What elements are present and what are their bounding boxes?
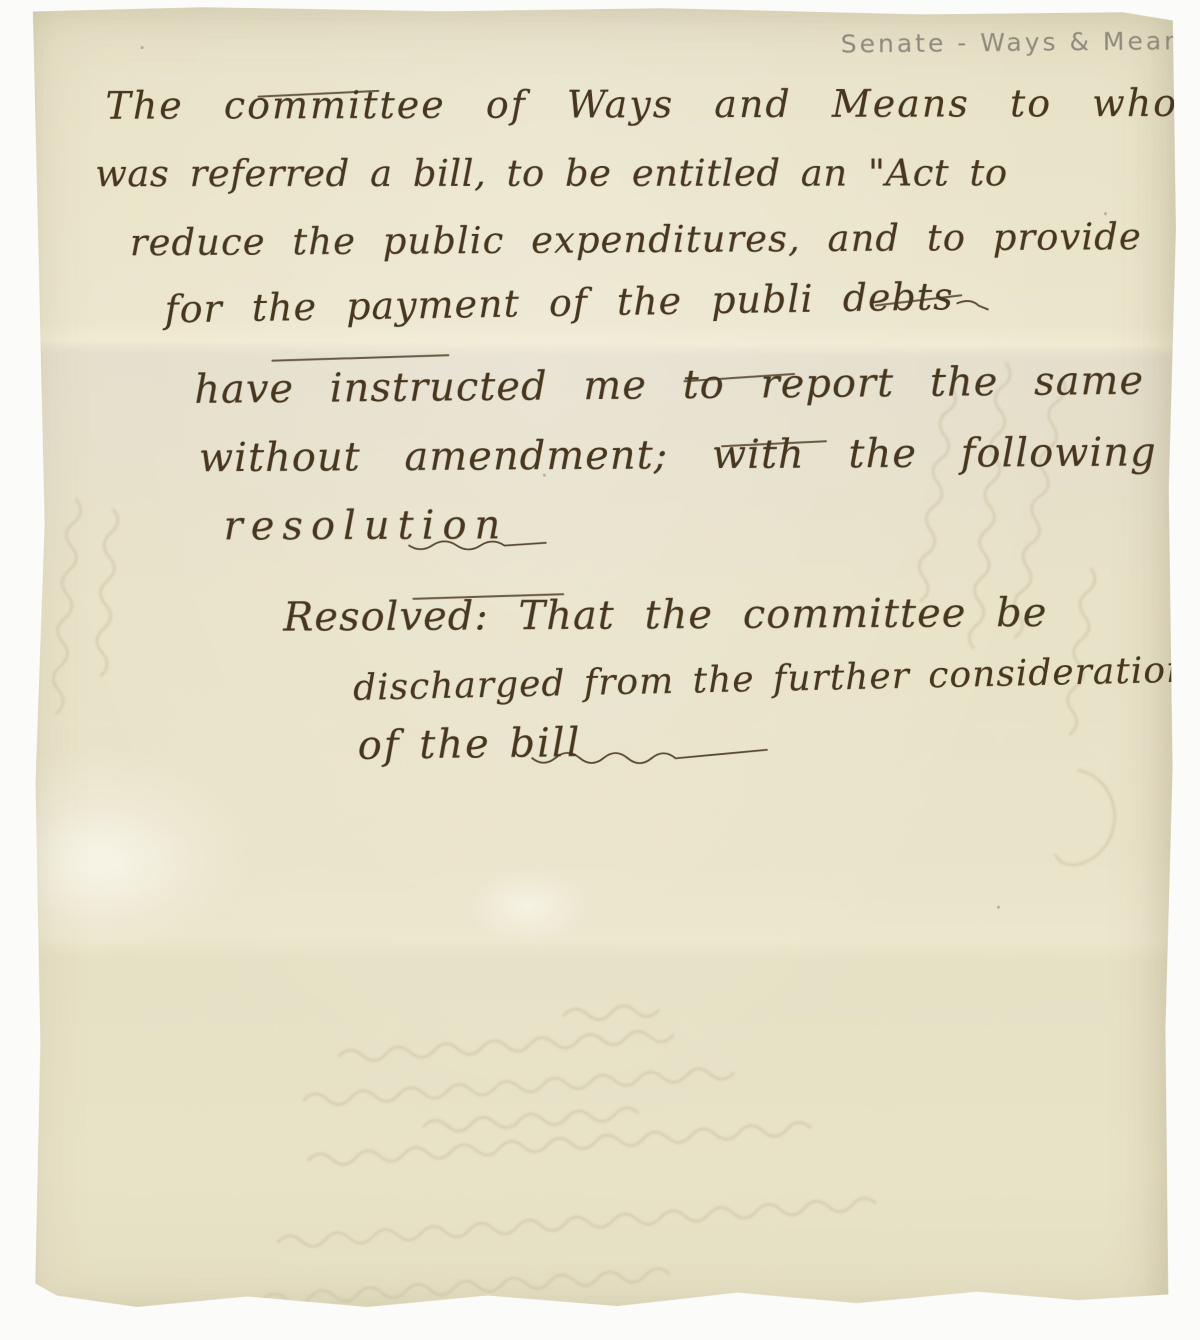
- paper-speck: [141, 46, 144, 49]
- manuscript-line: Resolved: That the committee be: [283, 590, 1047, 641]
- manuscript-line: of the bill: [357, 720, 581, 769]
- manuscript-line: have instructed me to report the same: [194, 358, 1144, 413]
- scanned-document: Senate - Ways & Means The committee of W…: [0, 0, 1200, 1340]
- document-page: Senate - Ways & Means The committee of W…: [17, 3, 1181, 1332]
- manuscript-line: The committee of Ways and Means to whom: [105, 81, 1200, 128]
- paper-speck: [543, 474, 546, 477]
- manuscript-line: for the payment of the publi debts: [164, 274, 954, 331]
- paper-speck: [1104, 212, 1107, 215]
- archival-note: Senate - Ways & Means: [841, 26, 1200, 58]
- pen-stroke: [271, 354, 449, 361]
- manuscript-line: resolution: [224, 502, 509, 549]
- paper-speck: [997, 906, 1000, 909]
- manuscript-line: was referred a bill, to be entitled an "…: [95, 151, 1008, 195]
- manuscript-line: discharged from the further consideratio…: [353, 650, 1191, 709]
- manuscript-line: reduce the public expenditures, and to p…: [130, 215, 1142, 264]
- manuscript-line: without amendment; with the following: [199, 429, 1157, 481]
